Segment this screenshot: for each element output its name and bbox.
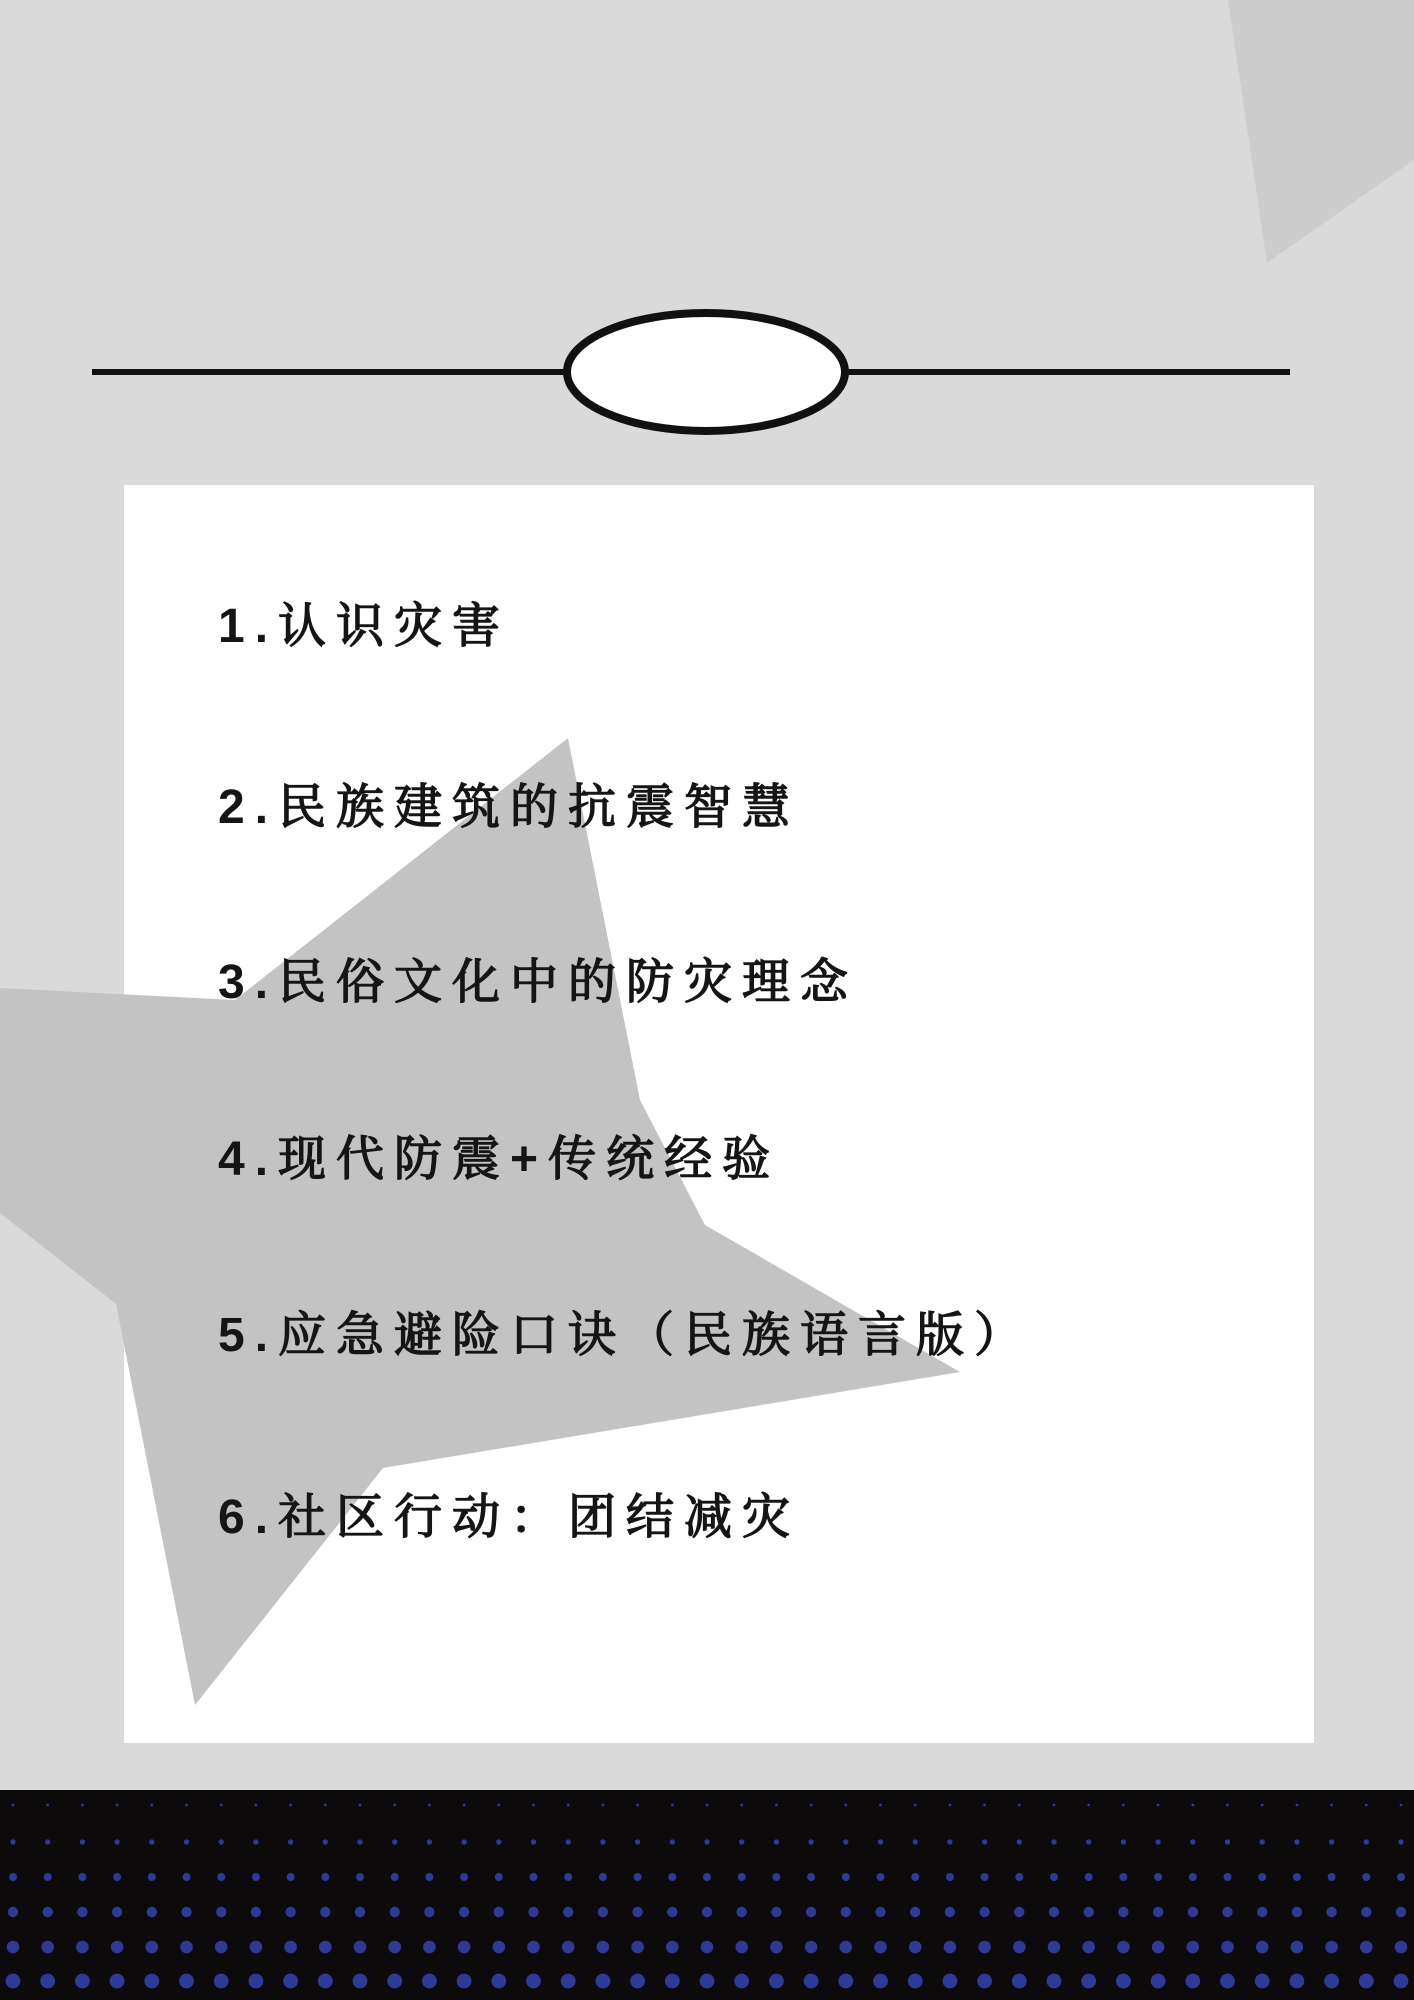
footer-dot <box>843 1839 848 1844</box>
footer-dot <box>1048 1941 1061 1954</box>
footer-dot <box>7 1941 20 1954</box>
footer-dot <box>425 1873 433 1881</box>
footer-dot <box>706 1804 709 1807</box>
footer-dot <box>356 1873 364 1881</box>
toc-item-2: 2.民族建筑的抗震智慧 <box>218 778 800 838</box>
footer-dot <box>1191 1804 1194 1807</box>
footer-dot <box>219 1839 224 1844</box>
footer-dot <box>840 1941 853 1954</box>
footer-dot <box>355 1907 365 1917</box>
footer-dot <box>630 1974 645 1989</box>
footer-dot <box>775 1804 778 1807</box>
footer-dot <box>428 1804 431 1807</box>
toc-item-4: 4.现代防震+传统经验 <box>218 1130 780 1190</box>
footer-dot <box>75 1974 90 1989</box>
footer-dot <box>424 1907 434 1917</box>
footer-dot <box>1364 1839 1369 1844</box>
footer-dot <box>113 1873 121 1881</box>
footer-dot <box>636 1804 639 1807</box>
footer-dot <box>390 1907 400 1917</box>
footer-dot <box>878 1839 883 1844</box>
footer-dot <box>563 1907 573 1917</box>
footer-dot <box>40 1974 55 1989</box>
footer-dot <box>1226 1804 1229 1807</box>
footer-dot <box>1154 1873 1162 1881</box>
footer-dot <box>598 1907 608 1917</box>
footer-dot <box>1017 1839 1022 1844</box>
footer-dot <box>1359 1974 1374 1989</box>
footer-dot <box>1220 1974 1235 1989</box>
footer-dot <box>602 1804 605 1807</box>
footer-dot <box>319 1941 332 1954</box>
footer-dot <box>76 1941 89 1954</box>
footer-dot <box>45 1839 50 1844</box>
footer-dot <box>978 1941 991 1954</box>
footer-dot <box>459 1907 469 1917</box>
footer-dot <box>838 1974 853 1989</box>
footer-dot <box>357 1839 362 1844</box>
footer-dot <box>283 1974 298 1989</box>
footer-dot <box>1394 1974 1409 1989</box>
footer-dot <box>599 1873 607 1881</box>
footer-dot <box>284 1941 297 1954</box>
footer-dot <box>1049 1907 1059 1917</box>
footer-dot <box>463 1804 466 1807</box>
footer-dot <box>353 1974 368 1989</box>
footer-dot <box>491 1974 506 1989</box>
footer-dot <box>1085 1873 1093 1881</box>
footer-dot <box>567 1804 570 1807</box>
footer-dot <box>735 1941 748 1954</box>
footer-dot <box>911 1873 919 1881</box>
footer-dot <box>1053 1804 1056 1807</box>
footer-dot <box>1155 1839 1160 1844</box>
footer-dot <box>666 1941 679 1954</box>
footer-dot <box>1189 1873 1197 1881</box>
footer-dot <box>1050 1873 1058 1881</box>
footer-dot <box>252 1873 260 1881</box>
footer-dot <box>1258 1873 1266 1881</box>
footer-dot <box>387 1974 402 1989</box>
footer-dot <box>422 1974 437 1989</box>
footer-dot <box>740 1804 743 1807</box>
footer-dot <box>253 1839 258 1844</box>
footer-dot <box>909 1941 922 1954</box>
footer-dot <box>46 1804 49 1807</box>
footer-dot <box>700 1974 715 1989</box>
footer-dot <box>44 1873 52 1881</box>
footer-dot <box>1018 1804 1021 1807</box>
footer-dot <box>873 1974 888 1989</box>
footer-dot <box>288 1839 293 1844</box>
footer-dot <box>949 1804 952 1807</box>
footer-dot <box>769 1974 784 1989</box>
footer-dot <box>1118 1907 1128 1917</box>
footer-dot <box>600 1839 605 1844</box>
footer-dot <box>1225 1839 1230 1844</box>
footer-dot <box>1153 1907 1163 1917</box>
footer-dot <box>114 1839 119 1844</box>
footer-dot <box>1081 1974 1096 1989</box>
footer-dot <box>1398 1839 1403 1844</box>
footer-dot <box>1360 1941 1373 1954</box>
footer-dot <box>1294 1839 1299 1844</box>
footer-dot <box>460 1873 468 1881</box>
footer-dot <box>528 1907 538 1917</box>
footer-dot <box>877 1873 885 1881</box>
footer-dot <box>388 1941 401 1954</box>
footer-dot <box>147 1907 157 1917</box>
footer-dot <box>879 1804 882 1807</box>
footer-dot <box>214 1974 229 1989</box>
footer-dot <box>1012 1974 1027 1989</box>
footer-dot <box>532 1804 535 1807</box>
footer-dot <box>562 1941 575 1954</box>
toc-item-1: 1.认识灾害 <box>218 597 510 657</box>
footer-dot <box>493 1941 506 1954</box>
toc-list: 1.认识灾害 2.民族建筑的抗震智慧 3.民俗文化中的防灾理念 4.现代防震+传… <box>0 0 1414 2000</box>
footer-dot <box>841 1907 851 1917</box>
footer-dot <box>183 1873 191 1881</box>
footer-dot <box>1291 1941 1304 1954</box>
footer-dot <box>561 1974 576 1989</box>
footer-dot <box>527 1941 540 1954</box>
footer-dot <box>806 1907 816 1917</box>
footer-dot <box>874 1941 887 1954</box>
footer-dot <box>494 1907 504 1917</box>
footer-dot <box>80 1839 85 1844</box>
footer-band <box>0 1790 1414 2000</box>
footer-dot <box>530 1873 538 1881</box>
footer-dot <box>461 1839 466 1844</box>
footer-dot <box>457 1974 472 1989</box>
footer-dot <box>668 1873 676 1881</box>
footer-dot-pattern <box>0 1790 1414 2000</box>
footer-dot <box>392 1839 397 1844</box>
footer-dot <box>81 1804 84 1807</box>
footer-dot <box>704 1839 709 1844</box>
footer-dot <box>670 1839 675 1844</box>
footer-dot <box>41 1941 54 1954</box>
footer-dot <box>393 1804 396 1807</box>
footer-dot <box>320 1907 330 1917</box>
footer-dot <box>770 1941 783 1954</box>
footer-dot <box>597 1941 610 1954</box>
footer-dot <box>6 1974 21 1989</box>
footer-dot <box>772 1873 780 1881</box>
footer-dot <box>1397 1873 1405 1881</box>
footer-dot <box>667 1907 677 1917</box>
footer-dot <box>701 1941 714 1954</box>
footer-dot <box>671 1804 674 1807</box>
footer-dot <box>285 1907 295 1917</box>
footer-dot <box>9 1873 17 1881</box>
footer-dot <box>215 1941 228 1954</box>
footer-dot <box>983 1804 986 1807</box>
footer-dot <box>184 1839 189 1844</box>
footer-dot <box>1087 1804 1090 1807</box>
footer-dot <box>110 1974 125 1989</box>
footer-dot <box>10 1839 15 1844</box>
footer-dot <box>703 1873 711 1881</box>
footer-dot <box>808 1839 813 1844</box>
footer-dot <box>943 1974 958 1989</box>
footer-dot <box>910 1907 920 1917</box>
footer-dot <box>1365 1804 1368 1807</box>
footer-dot <box>1400 1804 1403 1807</box>
footer-dot <box>1256 1941 1269 1954</box>
footer-dot <box>944 1941 957 1954</box>
footer-dot <box>354 1941 367 1954</box>
footer-dot <box>1257 1907 1267 1917</box>
footer-dot <box>771 1907 781 1917</box>
footer-dot <box>635 1839 640 1844</box>
footer-dot <box>531 1839 536 1844</box>
footer-dot <box>1119 1873 1127 1881</box>
footer-dot <box>1293 1873 1301 1881</box>
footer-dot <box>1324 1974 1339 1989</box>
footer-dot <box>1122 1804 1125 1807</box>
footer-dot <box>289 1804 292 1807</box>
footer-dot <box>844 1804 847 1807</box>
footer-dot <box>1190 1839 1195 1844</box>
footer-dot <box>1116 1974 1131 1989</box>
footer-dot <box>112 1907 122 1917</box>
footer-dot <box>249 1974 264 1989</box>
footer-dot <box>217 1873 225 1881</box>
footer-dot <box>981 1873 989 1881</box>
footer-dot <box>1260 1839 1265 1844</box>
footer-dot <box>1328 1873 1336 1881</box>
footer-dot <box>564 1873 572 1881</box>
footer-dot <box>1051 1839 1056 1844</box>
footer-dot <box>497 1804 500 1807</box>
footer-dot <box>255 1804 258 1807</box>
footer-dot <box>947 1839 952 1844</box>
footer-dot <box>287 1873 295 1881</box>
footer-dot <box>1157 1804 1160 1807</box>
footer-dot <box>1292 1907 1302 1917</box>
footer-dot <box>8 1907 18 1917</box>
footer-dot <box>1255 1974 1270 1989</box>
footer-dot <box>1013 1941 1026 1954</box>
footer-dot <box>804 1974 819 1989</box>
footer-dot <box>458 1941 471 1954</box>
footer-dot <box>423 1941 436 1954</box>
footer-dot <box>1325 1941 1338 1954</box>
footer-dot <box>1221 1941 1234 1954</box>
footer-dot <box>810 1804 813 1807</box>
footer-dot <box>1261 1804 1264 1807</box>
toc-slide: { "page": { "type": "table-of-contents-s… <box>0 0 1414 2000</box>
footer-dot <box>1086 1839 1091 1844</box>
footer-dot <box>1290 1974 1305 1989</box>
footer-dot <box>1326 1907 1336 1917</box>
footer-dot <box>914 1804 917 1807</box>
footer-dot <box>185 1804 188 1807</box>
footer-dot <box>251 1907 261 1917</box>
footer-dot <box>1361 1907 1371 1917</box>
footer-dot <box>977 1974 992 1989</box>
footer-dot <box>526 1974 541 1989</box>
footer-dot <box>111 1941 124 1954</box>
footer-dot <box>427 1839 432 1844</box>
footer-dot <box>181 1907 191 1917</box>
footer-dot <box>946 1873 954 1881</box>
footer-dot <box>738 1873 746 1881</box>
footer-dot <box>359 1804 362 1807</box>
toc-item-3: 3.民俗文化中的防灾理念 <box>218 953 858 1013</box>
footer-dot <box>1185 1974 1200 1989</box>
footer-dot <box>1329 1839 1334 1844</box>
footer-dot <box>1084 1907 1094 1917</box>
footer-dot <box>391 1873 399 1881</box>
footer-dot <box>1330 1804 1333 1807</box>
footer-dot <box>324 1804 327 1807</box>
footer-dot <box>566 1839 571 1844</box>
footer-dot <box>1296 1804 1299 1807</box>
footer-dot <box>908 1974 923 1989</box>
footer-dot <box>77 1907 87 1917</box>
footer-dot <box>1396 1907 1406 1917</box>
footer-dot <box>250 1941 263 1954</box>
footer-dot <box>1151 1974 1166 1989</box>
footer-dot <box>321 1873 329 1881</box>
footer-dot <box>842 1873 850 1881</box>
footer-dot <box>1152 1941 1165 1954</box>
footer-dot <box>913 1839 918 1844</box>
footer-dot <box>1014 1907 1024 1917</box>
footer-dot <box>496 1839 501 1844</box>
footer-dot <box>634 1873 642 1881</box>
footer-dot <box>737 1907 747 1917</box>
footer-dot <box>78 1873 86 1881</box>
footer-dot <box>179 1974 194 1989</box>
footer-dot <box>1362 1873 1370 1881</box>
footer-dot <box>1047 1974 1062 1989</box>
footer-dot <box>146 1941 159 1954</box>
footer-dot <box>150 1804 153 1807</box>
footer-dot <box>596 1974 611 1989</box>
footer-dot <box>180 1941 193 1954</box>
footer-dot <box>665 1974 680 1989</box>
footer-dot <box>495 1873 503 1881</box>
footer-dot <box>631 1941 644 1954</box>
footer-dot <box>1222 1907 1232 1917</box>
footer-dot <box>807 1873 815 1881</box>
footer-dot <box>149 1839 154 1844</box>
footer-dot <box>1187 1941 1200 1954</box>
footer-dot <box>1395 1941 1408 1954</box>
footer-dot <box>216 1907 226 1917</box>
footer-dot <box>12 1804 15 1807</box>
footer-dot <box>1015 1873 1023 1881</box>
footer-dot <box>702 1907 712 1917</box>
footer-dot <box>739 1839 744 1844</box>
toc-item-5: 5.应急避险口诀（民族语言版） <box>218 1306 1032 1366</box>
footer-dot <box>805 1941 818 1954</box>
footer-dot <box>144 1974 159 1989</box>
toc-item-6: 6.社区行动：团结减灾 <box>218 1488 800 1548</box>
footer-dot <box>982 1839 987 1844</box>
footer-dot <box>945 1907 955 1917</box>
footer-dot <box>1082 1941 1095 1954</box>
footer-dot <box>979 1907 989 1917</box>
footer-dot <box>734 1974 749 1989</box>
footer-dot <box>148 1873 156 1881</box>
footer-dot <box>323 1839 328 1844</box>
footer-dot <box>1121 1839 1126 1844</box>
footer-dot <box>1117 1941 1130 1954</box>
footer-dot <box>1188 1907 1198 1917</box>
footer-dot <box>1224 1873 1232 1881</box>
footer-dot <box>632 1907 642 1917</box>
footer-dot <box>774 1839 779 1844</box>
footer-dot <box>875 1907 885 1917</box>
footer-dot <box>220 1804 223 1807</box>
footer-dot <box>116 1804 119 1807</box>
footer-dot <box>318 1974 333 1989</box>
footer-dot <box>43 1907 53 1917</box>
